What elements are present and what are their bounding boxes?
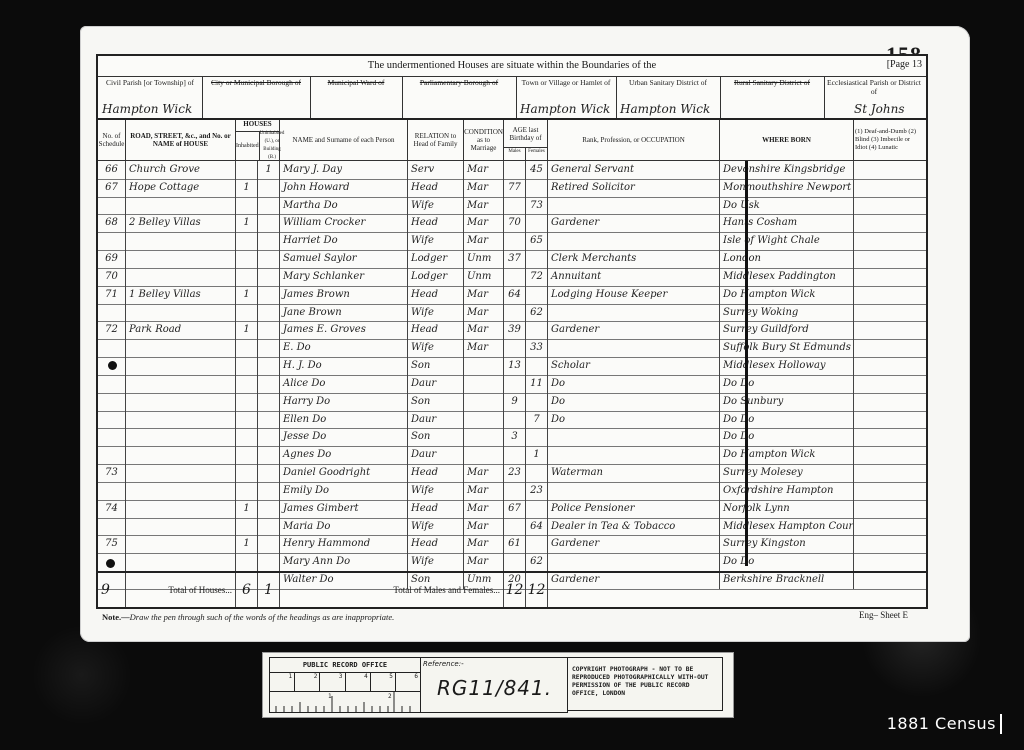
cell-schedule: 66 [98,161,126,179]
cell-road [126,375,236,393]
census-entry-row: Agnes DoDaur1Do Hampton Wick [98,446,926,465]
census-entry-row: Jesse DoSon3Do Do [98,428,926,447]
cell-infirmity [854,411,924,429]
females-total: 12 [526,573,548,607]
cell-infirmity [854,286,924,304]
cell-occupation: Annuitant [548,268,720,286]
cell-uninhabited [258,428,280,446]
cell-road: Park Road [126,321,236,339]
cell-condition: Mar [464,535,504,553]
cell-road [126,464,236,482]
cell-relation: Wife [408,482,464,500]
cell-inhabited [236,268,258,286]
cell-road [126,482,236,500]
district-municipal-ward: Municipal Ward of [310,76,403,118]
cell-schedule [98,518,126,536]
cell-schedule: 71 [98,286,126,304]
cell-where-born: Do Usk [720,197,854,215]
totals-blank [548,573,924,607]
cell-male-age: 13 [504,357,526,375]
cell-where-born: Middlesex Holloway [720,357,854,375]
cell-road: 2 Belley Villas [126,214,236,232]
cell-where-born: Surrey Molesey [720,464,854,482]
cell-male-age: 77 [504,179,526,197]
reference-number: RG11/841. [437,676,552,700]
cell-occupation: General Servant [548,161,720,179]
cell-infirmity [854,232,924,250]
cell-female-age [526,428,548,446]
cell-relation: Son [408,357,464,375]
cell-uninhabited [258,197,280,215]
cell-infirmity [854,250,924,268]
cell-occupation [548,339,720,357]
cell-schedule [98,339,126,357]
header-condition: CONDITION as to Marriage [464,120,504,160]
census-sheet: The undermentioned Houses are situate wi… [96,54,928,609]
cell-name: Jesse Do [280,428,408,446]
inhabited-total: 6 [236,573,258,607]
cell-female-age [526,321,548,339]
cell-male-age [504,553,526,571]
cell-male-age: 64 [504,286,526,304]
cell-name: Agnes Do [280,446,408,464]
sheet-title: The undermentioned Houses are situate wi… [98,56,926,77]
cell-uninhabited [258,339,280,357]
cell-road [126,357,236,375]
cell-condition: Unm [464,268,504,286]
census-entry-row: 72Park Road1James E. GrovesHeadMar39Gard… [98,321,926,340]
cell-male-age: 9 [504,393,526,411]
cell-relation: Head [408,321,464,339]
cell-where-born: Devonshire Kingsbridge [720,161,854,179]
district-ecclesiastical-parish: Ecclesiastical Parish or District of St … [824,76,924,118]
cell-infirmity [854,321,924,339]
cell-condition [464,375,504,393]
uninhabited-total: 1 [258,573,280,607]
cell-female-age [526,464,548,482]
cell-male-age: 23 [504,464,526,482]
cell-relation: Lodger [408,250,464,268]
cell-inhabited: 1 [236,500,258,518]
cell-condition: Mar [464,161,504,179]
cell-female-age: 45 [526,161,548,179]
cell-infirmity [854,553,924,571]
cell-name: Alice Do [280,375,408,393]
cell-schedule: 75 [98,535,126,553]
cell-uninhabited [258,375,280,393]
cell-name: Daniel Goodright [280,464,408,482]
cell-female-age: 72 [526,268,548,286]
district-town-village: Town or Village or Hamlet of Hampton Wic… [516,76,617,118]
census-entry-row: 751Henry HammondHeadMar61GardenerSurrey … [98,535,926,554]
cell-female-age: 62 [526,553,548,571]
cell-inhabited: 1 [236,179,258,197]
cell-road: Hope Cottage [126,179,236,197]
cell-female-age: 11 [526,375,548,393]
cell-name: Samuel Saylor [280,250,408,268]
cell-female-age: 64 [526,518,548,536]
cell-road [126,500,236,518]
cell-road [126,553,236,571]
cell-road [126,339,236,357]
cell-female-age: 7 [526,411,548,429]
census-entries: 66Church Grove1Mary J. DayServMar45Gener… [98,161,926,571]
pro-ruler-box: PUBLIC RECORD OFFICE 1 2 3 4 5 6 1 2 [269,657,421,713]
cell-where-born: Do Hampton Wick [720,446,854,464]
header-infirmity: (1) Deaf-and-Dumb (2) Blind (3) Imbecile… [854,120,924,160]
cell-where-born: Isle of Wight Chale [720,232,854,250]
cell-where-born: Middlesex Paddington [720,268,854,286]
district-parliamentary-borough: Parliamentary Borough of [402,76,517,118]
cell-condition: Mar [464,500,504,518]
cell-uninhabited [258,393,280,411]
cell-road [126,518,236,536]
cell-schedule [98,197,126,215]
cell-condition: Mar [464,482,504,500]
cell-female-age [526,179,548,197]
cell-female-age: 1 [526,446,548,464]
census-entry-row: H. J. DoSon13ScholarMiddlesex Holloway [98,357,926,376]
cell-occupation [548,232,720,250]
census-entry-row: Alice DoDaur11DoDo Do [98,375,926,394]
cell-road: 1 Belley Villas [126,286,236,304]
cell-schedule: 70 [98,268,126,286]
cell-where-born: Oxfordshire Hampton [720,482,854,500]
cell-relation: Wife [408,197,464,215]
cell-female-age: 73 [526,197,548,215]
cell-condition: Mar [464,321,504,339]
cell-infirmity [854,357,924,375]
cell-schedule: 68 [98,214,126,232]
cell-uninhabited [258,321,280,339]
ruler-ticks [270,692,418,712]
total-persons-label: Total of Males and Females... [280,573,504,607]
cell-inhabited [236,393,258,411]
census-year-badge: 1881 Census [887,714,1002,735]
totals-row: 9 Total of Houses... 6 1 Total of Males … [98,571,926,607]
district-urban-sanitary: Urban Sanitary District of Hampton Wick [616,76,721,118]
cell-inhabited [236,446,258,464]
census-entry-row: 66Church Grove1Mary J. DayServMar45Gener… [98,161,926,180]
cell-inhabited [236,357,258,375]
cell-road [126,411,236,429]
cell-female-age [526,393,548,411]
cell-female-age: 23 [526,482,548,500]
cell-road [126,250,236,268]
cell-uninhabited: 1 [258,161,280,179]
cell-relation: Wife [408,232,464,250]
cell-condition: Mar [464,304,504,322]
public-record-office-label: PUBLIC RECORD OFFICE 1 2 3 4 5 6 1 2 [262,652,734,718]
cell-inhabited [236,250,258,268]
ruler-cm: 1 2 3 4 5 6 [270,673,420,692]
cell-female-age [526,535,548,553]
header-occupation: Rank, Profession, or OCCUPATION [548,120,720,160]
cell-infirmity [854,535,924,553]
cell-occupation [548,553,720,571]
cell-male-age: 37 [504,250,526,268]
cell-schedule: 74 [98,500,126,518]
cell-name: James E. Groves [280,321,408,339]
cell-relation: Head [408,500,464,518]
cell-condition: Mar [464,197,504,215]
cell-occupation: Gardener [548,321,720,339]
cell-where-born: Suffolk Bury St Edmunds [720,339,854,357]
cell-road [126,446,236,464]
sheet-id: Eng– Sheet E [859,610,908,620]
cell-male-age: 39 [504,321,526,339]
cell-inhabited [236,339,258,357]
cell-male-age [504,268,526,286]
cell-uninhabited [258,518,280,536]
cell-condition: Mar [464,518,504,536]
cell-inhabited [236,411,258,429]
cell-where-born: Hants Cosham [720,214,854,232]
census-entry-row: Emily DoWifeMar23Oxfordshire Hampton [98,482,926,501]
cell-road [126,197,236,215]
cell-uninhabited [258,464,280,482]
cell-name: Harriet Do [280,232,408,250]
cell-inhabited: 1 [236,286,258,304]
cell-infirmity [854,393,924,411]
cell-occupation: Do [548,375,720,393]
cell-inhabited: 1 [236,535,258,553]
cell-relation: Head [408,464,464,482]
census-page: 158 The undermentioned Houses are situat… [80,26,970,642]
census-entry-row: 69Samuel SaylorLodgerUnm37Clerk Merchant… [98,250,926,269]
cell-infirmity [854,268,924,286]
cell-inhabited [236,464,258,482]
cell-condition: Mar [464,232,504,250]
cell-name: Ellen Do [280,411,408,429]
cell-male-age [504,482,526,500]
census-entry-row: Martha DoWifeMar73Do Usk [98,197,926,216]
cell-inhabited: 1 [236,214,258,232]
cell-inhabited [236,197,258,215]
cell-condition: Mar [464,214,504,232]
census-entry-row: 67Hope Cottage1John HowardHeadMar77Retir… [98,179,926,198]
cell-uninhabited [258,446,280,464]
cell-infirmity [854,428,924,446]
cell-schedule [98,446,126,464]
cell-uninhabited [258,535,280,553]
cell-relation: Head [408,214,464,232]
cell-condition: Mar [464,179,504,197]
cell-infirmity [854,446,924,464]
cell-schedule [98,482,126,500]
cell-name: Maria Do [280,518,408,536]
cell-inhabited [236,304,258,322]
cell-name: Emily Do [280,482,408,500]
census-entry-row: Harry DoSon9DoDo Sunbury [98,393,926,412]
cell-inhabited [236,428,258,446]
cell-road: Church Grove [126,161,236,179]
cell-schedule: 72 [98,321,126,339]
cell-infirmity [854,339,924,357]
cell-male-age [504,375,526,393]
cell-female-age: 33 [526,339,548,357]
cell-name: John Howard [280,179,408,197]
cell-road [126,304,236,322]
margin-note: 9 [98,573,126,607]
cell-occupation [548,446,720,464]
total-houses-label: Total of Houses... [126,573,236,607]
cell-where-born: Surrey Guildford [720,321,854,339]
cell-occupation: Do [548,411,720,429]
cell-name: E. Do [280,339,408,357]
cell-occupation: Retired Solicitor [548,179,720,197]
cell-occupation: Clerk Merchants [548,250,720,268]
cell-relation: Head [408,179,464,197]
cell-uninhabited [258,232,280,250]
cell-infirmity [854,179,924,197]
cell-where-born: Do Do [720,553,854,571]
cell-uninhabited [258,268,280,286]
district-row: Civil Parish [or Township] of Hampton Wi… [98,76,926,120]
cell-inhabited [236,553,258,571]
enumerator-tally-stroke [745,161,748,566]
cell-name: Henry Hammond [280,535,408,553]
header-schedule: No. of Schedule [98,120,126,160]
cell-where-born: Do Sunbury [720,393,854,411]
cell-male-age: 67 [504,500,526,518]
cell-schedule [98,393,126,411]
census-entry-row: Jane BrownWifeMar62Surrey Woking [98,304,926,323]
cell-occupation: Police Pensioner [548,500,720,518]
cell-occupation: Waterman [548,464,720,482]
cell-schedule [98,304,126,322]
cell-relation: Daur [408,446,464,464]
cell-condition: Mar [464,464,504,482]
cell-infirmity [854,482,924,500]
cell-infirmity [854,464,924,482]
cell-occupation: Scholar [548,357,720,375]
cell-where-born: Do Hampton Wick [720,286,854,304]
cell-name: Mary Schlanker [280,268,408,286]
census-entry-row: E. DoWifeMar33Suffolk Bury St Edmunds [98,339,926,358]
header-where-born: WHERE BORN [720,120,854,160]
cell-schedule: 69 [98,250,126,268]
cell-female-age [526,214,548,232]
header-relation: RELATION to Head of Family [408,120,464,160]
ruler-inch: 1 2 [270,692,420,712]
cell-male-age: 61 [504,535,526,553]
cell-uninhabited [258,304,280,322]
district-municipal-borough: City or Municipal Borough of [202,76,311,118]
cell-female-age [526,286,548,304]
cell-schedule [98,375,126,393]
cell-infirmity [854,500,924,518]
footer-note: Note.—Draw the pen through such of the w… [102,612,394,622]
header-road: ROAD, STREET, &c., and No. or NAME of HO… [126,120,236,160]
cell-relation: Wife [408,518,464,536]
cell-relation: Son [408,393,464,411]
cell-name: Harry Do [280,393,408,411]
cell-occupation: Dealer in Tea & Tobacco [548,518,720,536]
cell-condition [464,446,504,464]
cell-relation: Wife [408,553,464,571]
cell-inhabited [236,482,258,500]
pro-reference-box: Reference:- RG11/841. [419,657,568,713]
district-civil-parish: Civil Parish [or Township] of Hampton Wi… [98,76,203,118]
cell-relation: Daur [408,375,464,393]
cell-relation: Son [408,428,464,446]
cell-female-age [526,250,548,268]
cell-schedule [98,232,126,250]
cell-uninhabited [258,500,280,518]
margin-dot [106,559,115,568]
cell-occupation: Do [548,393,720,411]
cell-schedule [98,428,126,446]
cell-uninhabited [258,250,280,268]
cell-road [126,428,236,446]
cell-female-age: 62 [526,304,548,322]
header-houses: HOUSES Inhabited Uninhabited (U.), or Bu… [236,120,280,160]
cell-male-age: 3 [504,428,526,446]
cell-uninhabited [258,286,280,304]
header-age: AGE last Birthday of Males Females [504,120,548,160]
census-entry-row: Harriet DoWifeMar65Isle of Wight Chale [98,232,926,251]
cell-where-born: London [720,250,854,268]
cell-name: H. J. Do [280,357,408,375]
cell-condition: Mar [464,339,504,357]
cell-female-age: 65 [526,232,548,250]
cell-inhabited [236,232,258,250]
cell-relation: Lodger [408,268,464,286]
cell-relation: Wife [408,304,464,322]
column-header-row: No. of Schedule ROAD, STREET, &c., and N… [98,120,926,161]
cell-infirmity [854,375,924,393]
cell-where-born: Surrey Kingston [720,535,854,553]
cell-uninhabited [258,411,280,429]
census-entry-row: 73Daniel GoodrightHeadMar23WatermanSurre… [98,464,926,483]
census-entry-row: 741James GimbertHeadMar67Police Pensione… [98,500,926,519]
census-entry-row: Maria DoWifeMar64Dealer in Tea & Tobacco… [98,518,926,537]
cell-female-age [526,500,548,518]
cell-name: Mary Ann Do [280,553,408,571]
cell-schedule: 67 [98,179,126,197]
cell-occupation: Gardener [548,535,720,553]
cell-schedule: 73 [98,464,126,482]
cell-uninhabited [258,357,280,375]
district-rural-sanitary: Rural Sanitary District of [720,76,825,118]
cell-relation: Wife [408,339,464,357]
cell-male-age [504,197,526,215]
cell-infirmity [854,214,924,232]
males-total: 12 [504,573,526,607]
census-entry-row: 682 Belley Villas1William CrockerHeadMar… [98,214,926,233]
cell-male-age [504,339,526,357]
cell-road [126,535,236,553]
cell-where-born: Surrey Woking [720,304,854,322]
cell-condition: Mar [464,286,504,304]
census-entry-row: Mary Ann DoWifeMar62Do Do [98,553,926,572]
cell-inhabited [236,161,258,179]
census-entry-row: 70Mary SchlankerLodgerUnm72AnnuitantMidd… [98,268,926,287]
cell-relation: Daur [408,411,464,429]
cell-occupation [548,482,720,500]
cell-schedule [98,411,126,429]
cell-male-age [504,411,526,429]
cell-condition: Mar [464,553,504,571]
cell-where-born: Do Do [720,375,854,393]
cell-name: James Brown [280,286,408,304]
cell-condition [464,428,504,446]
cell-name: Jane Brown [280,304,408,322]
cell-infirmity [854,518,924,536]
cell-where-born: Do Do [720,428,854,446]
cell-uninhabited [258,179,280,197]
